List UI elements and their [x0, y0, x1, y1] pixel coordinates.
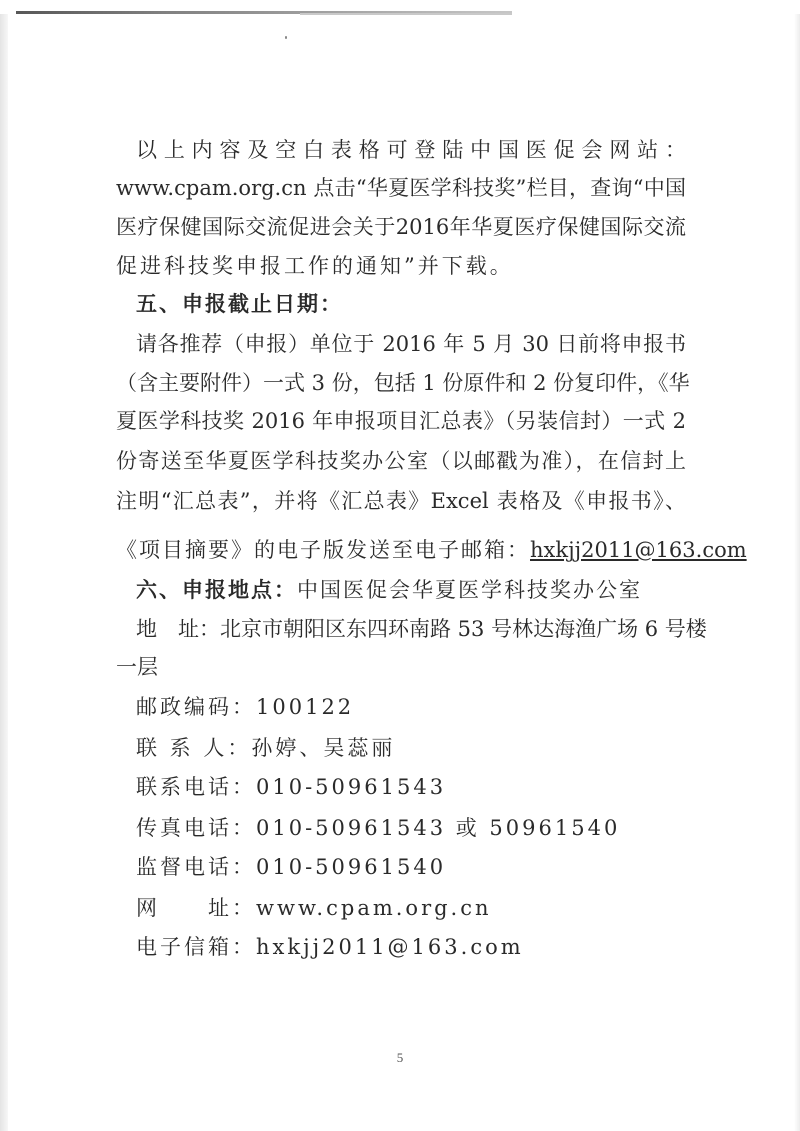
email-prefix: 《项目摘要》的电子版发送至电子邮箱：	[116, 535, 530, 565]
paragraph-line: 夏医学科技奖 2016 年申报项目汇总表》（另装信封）一式 2	[116, 406, 686, 436]
contact-value: 010-50961540	[256, 855, 446, 879]
paragraph-line: （含主要附件）一式 3 份，包括 1 份原件和 2 份复印件，《华	[116, 368, 686, 398]
paragraph-line: 请各推荐（申报）单位于 2016 年 5 月 30 日前将申报书	[136, 329, 686, 359]
paragraph-line: 份寄送至华夏医学科技奖办公室（以邮戳为准），在信封上	[116, 446, 686, 476]
paragraph-line: www.cpam.org.cn 点击“华夏医学科技奖”栏目，查询“中国	[116, 173, 686, 203]
scan-speck	[285, 36, 287, 39]
office-name: 中国医促会华夏医学科技奖办公室	[297, 578, 642, 602]
address-continuation: 一层	[116, 652, 158, 682]
contact-row-fax: 传真电话：010-50961543 或 50961540	[136, 813, 620, 843]
contact-row-postcode: 邮政编码：100122	[136, 692, 354, 722]
contact-value: 010-50961543	[256, 775, 446, 799]
contact-row-phone: 联系电话：010-50961543	[136, 772, 446, 802]
contact-value: 100122	[256, 695, 354, 719]
contact-label: 联系电话：	[136, 775, 256, 799]
contact-label: 监督电话：	[136, 855, 256, 879]
contact-label: 网 址：	[136, 896, 256, 920]
paragraph-line: 以上内容及空白表格可登陆中国医促会网站：	[136, 135, 686, 165]
section-heading: 六、申报地点：	[136, 577, 297, 602]
address-label: 地 址：	[136, 617, 220, 641]
contact-row-supervision: 监督电话：010-50961540	[136, 852, 446, 882]
contact-value[interactable]: hxkjj2011@163.com	[256, 935, 524, 959]
email-link[interactable]: hxkjj2011@163.com	[530, 535, 747, 565]
scan-top-rule-faint	[300, 13, 512, 15]
scan-right-edge	[794, 14, 800, 1131]
paragraph-line: 《项目摘要》的电子版发送至电子邮箱： hxkjj2011@163.com	[116, 535, 686, 565]
paragraph-line: 注明“汇总表”，并将《汇总表》Excel 表格及《申报书》、	[116, 486, 686, 516]
contact-value[interactable]: www.cpam.org.cn	[256, 896, 492, 920]
scan-left-edge	[0, 14, 8, 1131]
section-heading: 五、申报截止日期：	[136, 289, 343, 319]
contact-row-email: 电子信箱：hxkjj2011@163.com	[136, 932, 524, 962]
address-row: 地 址：北京市朝阳区东四环南路 53 号林达海渔广场 6 号楼	[136, 614, 707, 644]
paragraph-line: 医疗保健国际交流促进会关于2016年华夏医疗保健国际交流	[116, 212, 686, 242]
address-value: 北京市朝阳区东四环南路 53 号林达海渔广场 6 号楼	[220, 617, 707, 641]
contact-value: 孙婷、吴蕊丽	[251, 736, 395, 760]
paragraph-line: 促进科技奖申报工作的通知”并下载。	[116, 251, 514, 281]
contact-label: 邮政编码：	[136, 695, 256, 719]
contact-label: 传真电话：	[136, 816, 256, 840]
page-number: 5	[0, 1050, 800, 1066]
contact-label: 联 系 人：	[136, 736, 251, 760]
contact-label: 电子信箱：	[136, 935, 256, 959]
contact-row-person: 联 系 人：孙婷、吴蕊丽	[136, 733, 395, 763]
contact-row-website: 网 址：www.cpam.org.cn	[136, 893, 492, 923]
contact-value: 010-50961543 或 50961540	[256, 816, 620, 840]
section-heading-row: 六、申报地点：中国医促会华夏医学科技奖办公室	[136, 575, 642, 605]
